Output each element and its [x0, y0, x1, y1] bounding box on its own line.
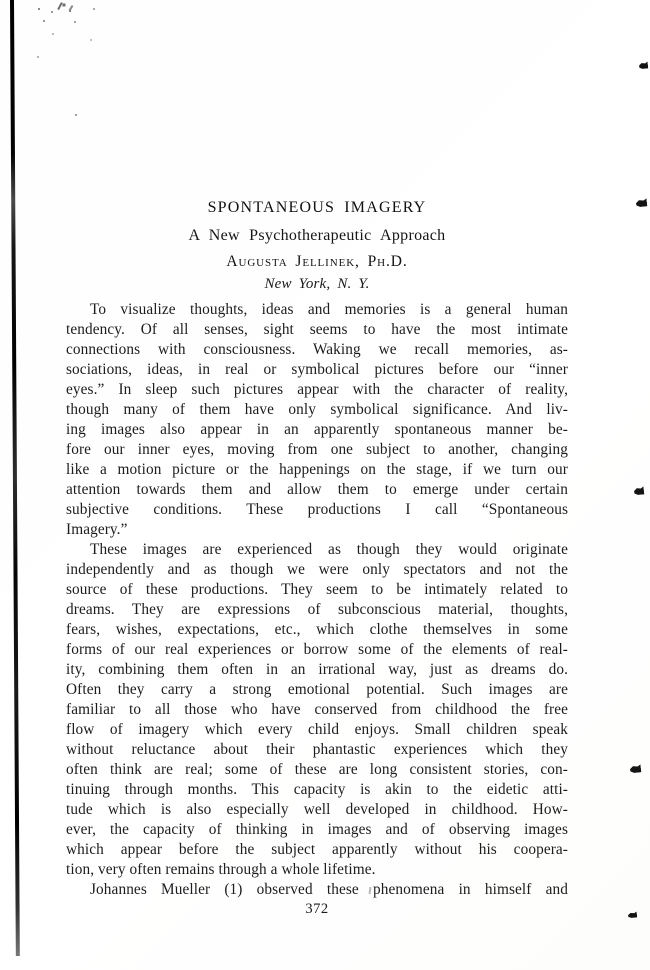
text-line: attention towards them and allow them to… — [66, 480, 568, 500]
scan-spine-line — [10, 0, 19, 956]
text-line: independently and as though we were only… — [66, 560, 568, 580]
text-line: Imagery.” — [66, 520, 568, 540]
text-line: tendency. Of all senses, sight seems to … — [66, 320, 568, 340]
scan-slash-mark — [57, 2, 62, 10]
page-number: 372 — [66, 902, 568, 917]
text-line: without reluctance about their phantasti… — [66, 740, 568, 760]
text-line: flow of imagery which every child enjoys… — [66, 720, 568, 740]
text-line: though many of them have only symbolical… — [66, 400, 568, 420]
text-line: which appear before the subject apparent… — [66, 840, 568, 860]
article-subtitle: A New Psychotherapeutic Approach — [66, 227, 568, 245]
text-line: tude which is also especially well devel… — [66, 800, 568, 820]
text-line: ity, combining them often in an irration… — [66, 660, 568, 680]
article-author: Augusta Jellinek, Ph.D. — [66, 253, 568, 271]
text-line: ing images also appear in an apparently … — [66, 420, 568, 440]
edge-ink-mark — [628, 911, 638, 918]
text-line: dreams. They are expressions of subconsc… — [66, 600, 568, 620]
edge-ink-mark — [634, 486, 645, 495]
scanned-paper-page: SPONTANEOUS IMAGERY A New Psychotherapeu… — [0, 0, 650, 970]
text-line: ever, the capacity of thinking in images… — [66, 820, 568, 840]
text-line: sociations, ideas, in real or symbolical… — [66, 360, 568, 380]
text-line: familiar to all those who have conserved… — [66, 700, 568, 720]
article-author-location: New York, N. Y. — [66, 276, 568, 293]
body-text: To visualize thoughts, ideas and memorie… — [66, 300, 568, 900]
text-line: fears, wishes, expectations, etc., which… — [66, 620, 568, 640]
text-line: fore our inner eyes, moving from one sub… — [66, 440, 568, 460]
text-line: subjective conditions. These productions… — [66, 500, 568, 520]
edge-ink-mark — [639, 61, 649, 69]
scan-slash-mark — [69, 5, 73, 11]
text-line: To visualize thoughts, ideas and memorie… — [66, 300, 568, 320]
text-line: source of these productions. They seem t… — [66, 580, 568, 600]
edge-ink-mark — [636, 198, 648, 207]
text-line: Often they carry a strong emotional pote… — [66, 680, 568, 700]
edge-ink-mark — [630, 764, 642, 773]
text-line: connections with consciousness. Waking w… — [66, 340, 568, 360]
text-line: forms of our real experiences or borrow … — [66, 640, 568, 660]
article-title: SPONTANEOUS IMAGERY — [66, 199, 568, 217]
text-line: eyes.” In sleep such pictures appear wit… — [66, 380, 568, 400]
text-line: Johannes Mueller (1) observed these phen… — [66, 880, 568, 900]
text-line: like a motion picture or the happenings … — [66, 460, 568, 480]
text-line: These images are experienced as though t… — [66, 540, 568, 560]
scan-speckles — [0, 0, 2, 2]
text-line: often think are real; some of these are … — [66, 760, 568, 780]
text-line: tion, very often remains through a whole… — [66, 860, 568, 880]
text-line: tinuing through months. This capacity is… — [66, 780, 568, 800]
